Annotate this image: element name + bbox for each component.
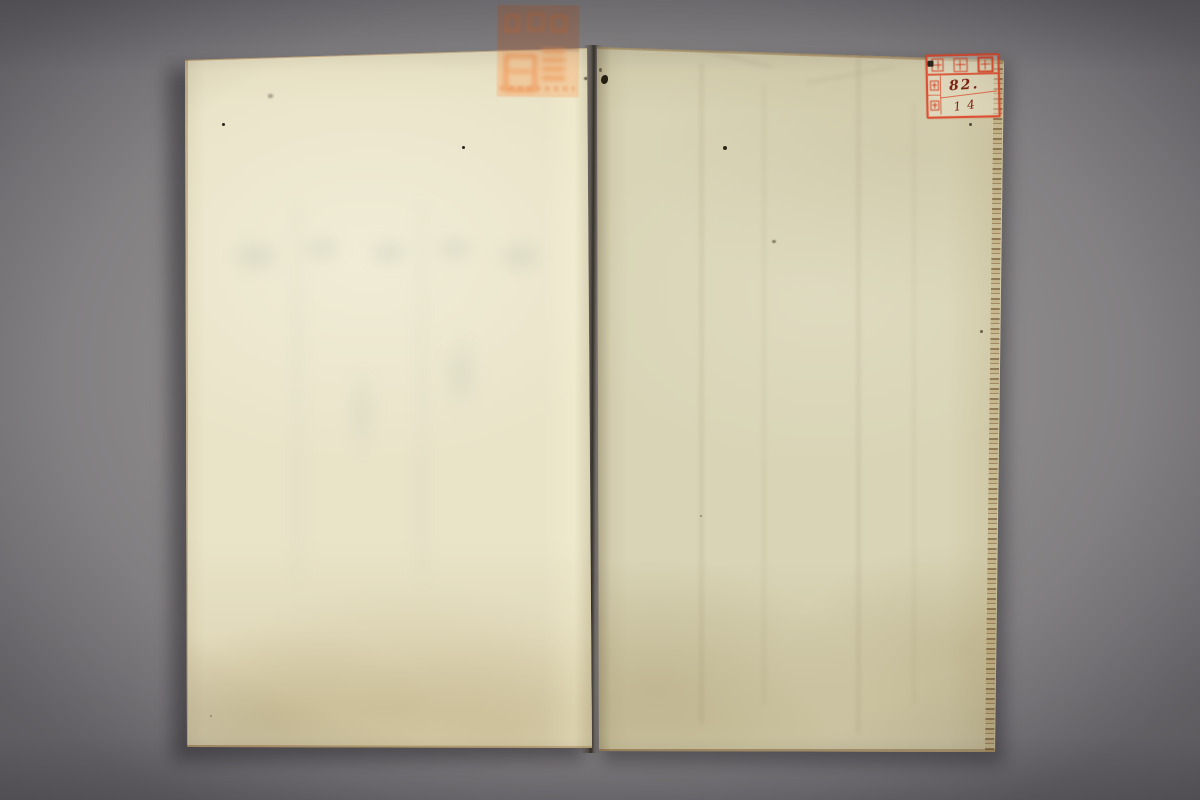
seal-mark [505,15,519,32]
seal-bottom-marks [500,86,575,92]
foxing-dot [210,715,212,717]
ink-blot [927,61,933,67]
ink-blot-tail [599,68,602,72]
grey-smudge [268,94,273,98]
library-accession-stamp: 82. 14 [925,53,1000,119]
ink-speck [462,146,465,149]
offset-seal-impression [497,5,580,98]
foxing-dot [772,240,776,243]
paper-crease [913,104,915,704]
ink-speck [723,146,727,150]
ink-speck [222,123,225,126]
left-page [185,48,592,750]
seal-script-character [953,57,967,71]
stamp-number-grid: 82. 14 [928,74,999,114]
paper-crease [763,84,765,704]
seal-mark [528,13,544,31]
text-showthrough [230,203,560,583]
seal-script-character [930,100,939,110]
foxing-dot [980,330,983,333]
seal-character [542,49,565,84]
seal-script-character [977,56,993,72]
seal-mark [551,15,566,32]
stamp-row-label [928,75,941,94]
foxing-dot [700,515,702,517]
seal-script-character [929,80,938,90]
ink-speck [969,123,972,126]
right-page [595,44,1009,758]
photo-of-open-book: 82. 14 [0,0,1200,800]
paper-crease [806,66,895,84]
paper-crease [700,64,703,724]
paper-crease [857,54,860,734]
